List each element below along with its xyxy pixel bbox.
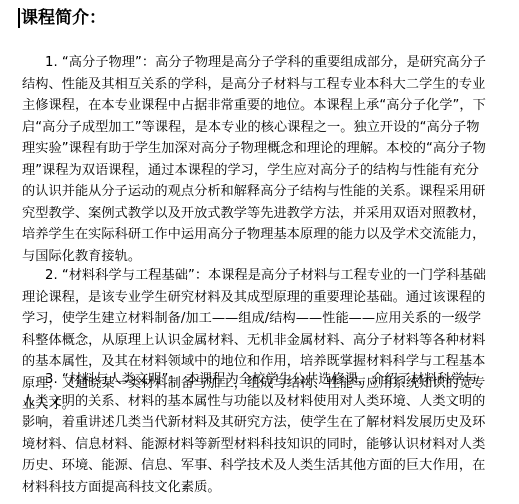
paragraph-line: 理”课程为双语课程，通过本课程的学习，学生应对高分子的结构与性能有充分 — [22, 160, 479, 182]
paragraph-line: 培养学生在实际科研工作中运用高分子物理基本原理的能力以及学术交流能力， — [22, 224, 485, 246]
paragraph-line: 启“高分子成型加工”等课程，是本专业的核心课程之一。独立开设的“高分子物 — [22, 117, 479, 139]
paragraph-line: 与国际化教育接轨。 — [22, 246, 141, 268]
paragraph-line: 人类文明的关系、材料的基本属性与功能以及材料使用对人类环境、人类文明的 — [22, 391, 485, 413]
paragraph-line: 理实验”课程有助于学生加深对高分子物理概念和理论的理解。本校的“高分子物 — [22, 138, 486, 160]
paragraph-line: 主修课程，在本专业课程中占据非常重要的地位。本课程上承“高分子化学”，下 — [22, 95, 486, 117]
paragraph-line: 1. “高分子物理”：高分子物理是高分子学科的重要组成部分，是研究高分子 — [45, 52, 486, 74]
paragraph-line: 3. “材料与人类文明”： 本课程为全校学生公共选修课，介绍了材料科学与 — [45, 369, 477, 391]
page-title: 课程简介： — [21, 8, 106, 28]
title-row: 课程简介： — [18, 6, 106, 30]
text-cursor — [18, 8, 20, 28]
paragraph-line: 2. “材料科学与工程基础”：本课程是高分子材料与工程专业的一门学科基础 — [45, 265, 486, 287]
paragraph-line: 的认识并能从分子运动的观点分析和解释高分子结构与性能的关系。课程采用研 — [22, 181, 485, 203]
paragraph-line: 影响，着重讲述几类当代新材料及其研究方法，使学生在了解材料发展历史及环 — [22, 412, 485, 434]
paragraph-line: 学习，使学生建立材料制备/加工——组成/结构——性能——应用关系的一级学 — [22, 308, 481, 330]
paragraph-line: 境材料、信息材料、能源材料等新型材料科技知识的同时，能够认识材料对人类 — [22, 434, 485, 456]
paragraph-line: 材料科技方面提高科技文化素质。 — [22, 477, 221, 499]
paragraph-line: 历史、环境、能源、信息、军事、科学技术及人类生活其他方面的巨大作用，在 — [22, 455, 485, 477]
document-page: 课程简介： 1. “高分子物理”：高分子物理是高分子学科的重要组成部分，是研究高… — [0, 0, 519, 504]
paragraph-line: 理论课程，是该专业学生研究材料及其成型原理的重要理论基础。通过该课程的 — [22, 287, 485, 309]
paragraph-line: 科整体概念，从原理上认识金属材料、无机非金属材料、高分子材料等各种材料 — [22, 330, 485, 352]
paragraph-line: 究型教学、案例式教学以及开放式教学等先进教学方法，并采用双语对照教材， — [22, 203, 485, 225]
paragraph-line: 结构、性能及其相互关系的学科，是高分子材料与工程专业本科大二学生的专业 — [22, 74, 485, 96]
